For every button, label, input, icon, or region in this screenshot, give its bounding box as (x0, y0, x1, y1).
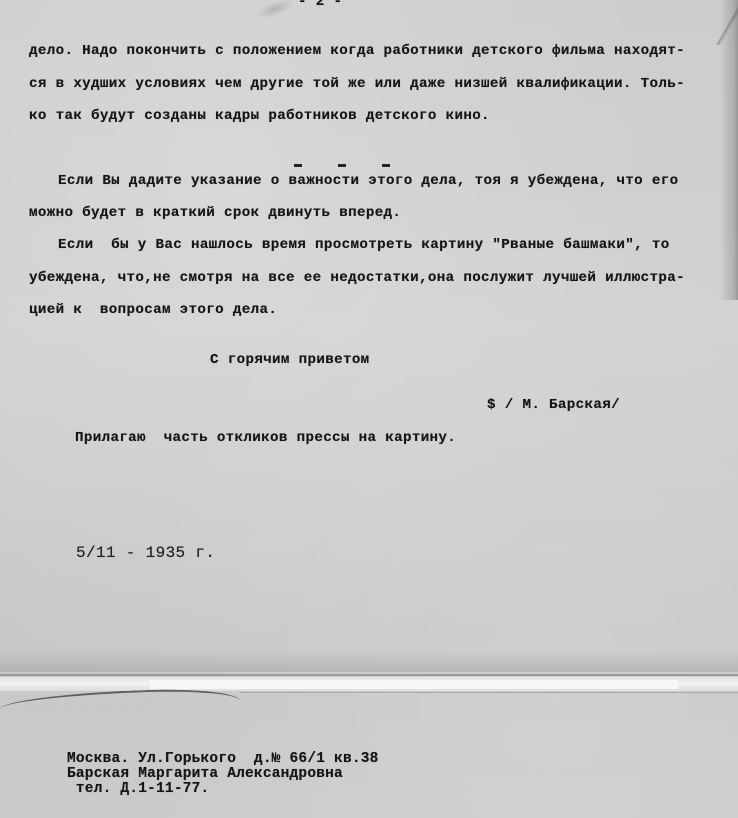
fold-shadow (0, 650, 738, 672)
fold-highlight (150, 680, 678, 689)
fold-crease (0, 674, 738, 676)
paragraph-1-line-3: ко так будут созданы кадры работников де… (29, 108, 490, 124)
paragraph-1-line-1: дело. Надо покончить с положением когда … (29, 43, 685, 59)
separator-dash (382, 164, 390, 167)
paragraph-3-line-1: Если бы у Вас нашлось время просмотреть … (58, 237, 670, 253)
signature: $ / М. Барская/ (487, 397, 620, 413)
paragraph-2-line-1: Если Вы дадите указание о важности этого… (58, 173, 678, 189)
paragraph-3-line-3: цией к вопросам этого дела. (29, 302, 277, 318)
letter-date: 5/11 - 1935 г. (76, 544, 215, 562)
address-line-3: тел. Д.1-11-77. (67, 782, 209, 796)
ink-smudge (254, 0, 296, 22)
attachment-note: Прилагаю часть откликов прессы на картин… (75, 430, 456, 446)
closing-salutation: С горячим приветом (210, 352, 370, 368)
paragraph-1-line-2: ся в худших условиях чем другие той же и… (29, 76, 685, 92)
paper-fold (0, 672, 738, 708)
address-line-2: Барская Маргарита Александровна (67, 767, 343, 781)
paragraph-3-line-2: убеждена, что,не смотря на все ее недост… (29, 270, 685, 286)
page-edge-shadow (720, 0, 738, 300)
address-line-1: Москва. Ул.Горького д.№ 66/1 кв.38 (67, 752, 379, 766)
page-corner-fold (708, 0, 738, 45)
separator-dash (294, 164, 302, 167)
page-number: - 2 - (298, 0, 342, 10)
fold-crease-lower (240, 692, 738, 693)
paragraph-2-line-2: можно будет в краткий срок двинуть впере… (29, 205, 401, 221)
separator-dash (338, 164, 346, 167)
document-page: - 2 - дело. Надо покончить с положением … (0, 0, 738, 818)
